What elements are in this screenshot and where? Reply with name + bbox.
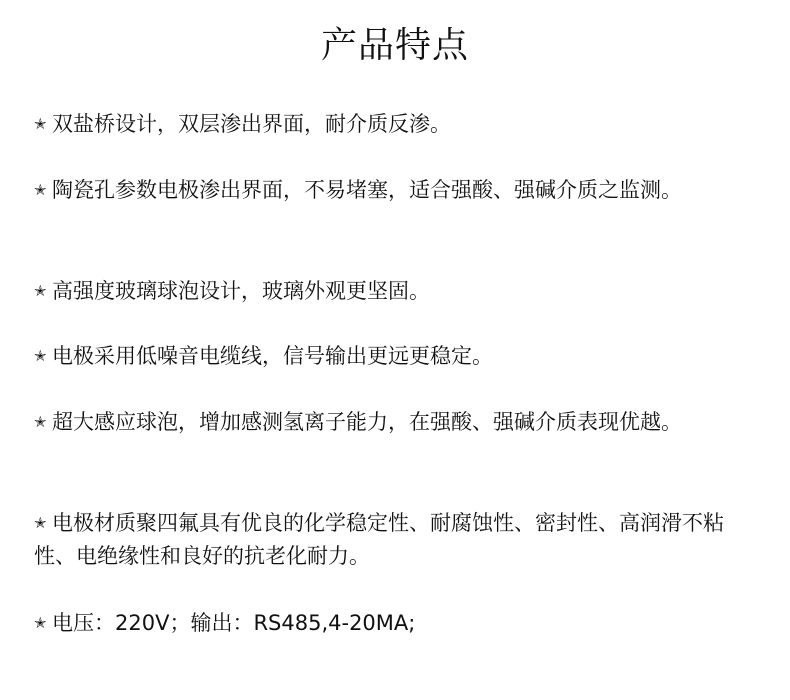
page-title: 产品特点: [0, 22, 790, 70]
star-bullet-icon: ✭: [34, 607, 52, 640]
feature-text: 高强度玻璃球泡设计，玻璃外观更坚固。: [52, 279, 430, 303]
feature-item: ✭电极采用低噪音电缆线，信号输出更远更稳定。: [34, 340, 764, 373]
feature-item: ✭电压：220V；输出：RS485,4-20MA;: [34, 607, 764, 640]
feature-text: 电压：220V；输出：RS485,4-20MA;: [52, 611, 415, 635]
star-bullet-icon: ✭: [34, 340, 52, 373]
feature-item: ✭超大感应球泡，增加感测氢离子能力，在强酸、强碱介质表现优越。: [34, 406, 764, 439]
feature-item: ✭双盐桥设计，双层渗出界面，耐介质反渗。: [34, 108, 764, 141]
feature-text: 电极材质聚四氟具有优良的化学稳定性、耐腐蚀性、密封性、高润滑不粘性、电绝缘性和良…: [34, 511, 724, 568]
feature-item: ✭陶瓷孔参数电极渗出界面，不易堵塞，适合强酸、强碱介质之监测。: [34, 174, 764, 207]
feature-text: 陶瓷孔参数电极渗出界面，不易堵塞，适合强酸、强碱介质之监测。: [52, 178, 682, 202]
star-bullet-icon: ✭: [34, 275, 52, 308]
star-bullet-icon: ✭: [34, 406, 52, 439]
star-bullet-icon: ✭: [34, 108, 52, 141]
star-bullet-icon: ✭: [34, 174, 52, 207]
feature-text: 双盐桥设计，双层渗出界面，耐介质反渗。: [52, 112, 451, 136]
feature-text: 电极采用低噪音电缆线，信号输出更远更稳定。: [52, 344, 493, 368]
feature-item: ✭电极材质聚四氟具有优良的化学稳定性、耐腐蚀性、密封性、高润滑不粘性、电绝缘性和…: [34, 507, 764, 573]
feature-item: ✭高强度玻璃球泡设计，玻璃外观更坚固。: [34, 275, 764, 308]
star-bullet-icon: ✭: [34, 507, 52, 540]
feature-text: 超大感应球泡，增加感测氢离子能力，在强酸、强碱介质表现优越。: [52, 410, 682, 434]
